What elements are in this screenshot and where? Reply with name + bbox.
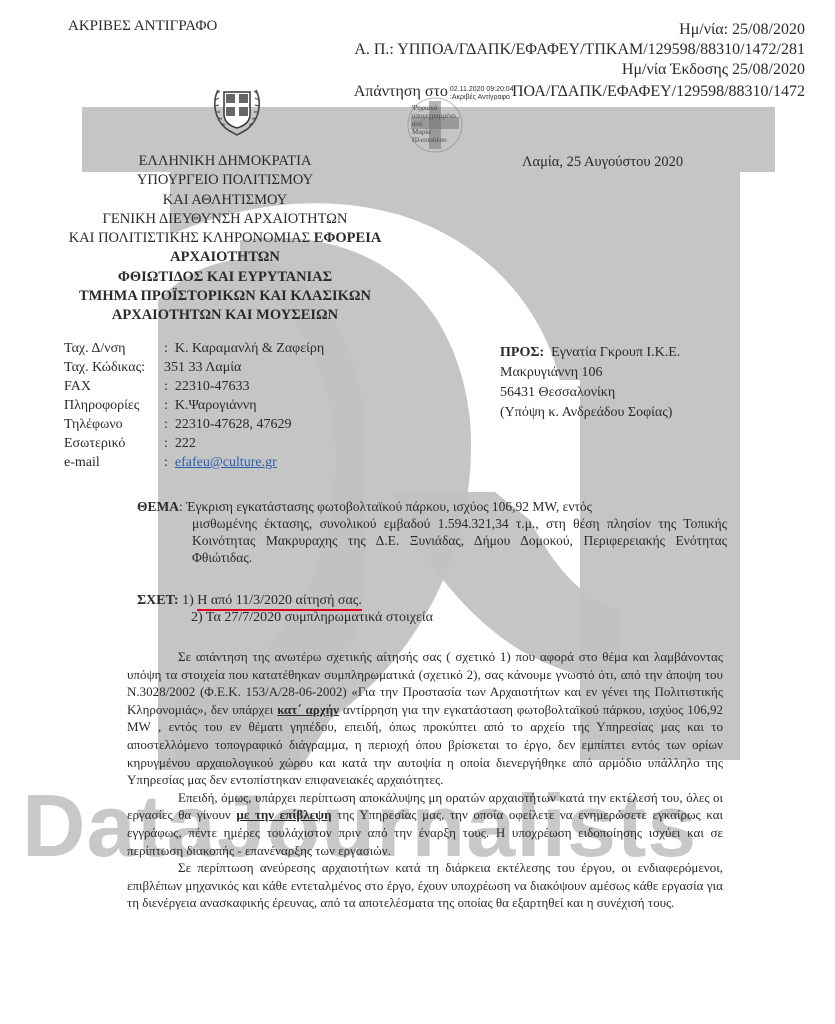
emphasis: κατ΄ αρχήν	[277, 702, 339, 717]
signature-stamp-text: Ψηφιακά υπογεγραμμένο από Μαρία Ηλιοπούλ…	[412, 104, 456, 144]
contact-row: e-mail: efafeu@culture.gr	[64, 453, 324, 472]
recipient-street: Μακρυγιάννη 106	[500, 363, 680, 383]
certified-copy-label: ΑΚΡΙΒΕΣ ΑΝΤΙΓΡΑΦΟ	[68, 18, 217, 35]
contact-value: 351 33 Λαμία	[164, 358, 324, 377]
subject-block: ΘΕΜΑ: Έγκριση εγκατάστασης φωτοβολταϊκού…	[137, 498, 727, 566]
signature-timestamp: 02.11.2020 09:20:04	[450, 86, 514, 93]
subject-label: ΘΕΜΑ	[137, 499, 179, 514]
contact-row: Εσωτερικό: 222	[64, 434, 324, 453]
subject-first-line: ΘΕΜΑ: Έγκριση εγκατάστασης φωτοβολταϊκού…	[137, 498, 727, 515]
body-paragraph: Σε περίπτωση ανεύρεσης αρχαιοτήτων κατά …	[127, 859, 723, 912]
contact-row: FAX: 22310-47633	[64, 377, 324, 396]
related-label: ΣΧΕΤ:	[137, 593, 179, 608]
contact-row: Πληροφορίες: Κ.Ψαρογιάννη	[64, 396, 324, 415]
related-item: ΣΧΕΤ: 1) Η από 11/3/2020 αίτησή σας.	[137, 592, 433, 609]
letter-body: Σε απάντηση της ανωτέρω σχετικής αίτησής…	[127, 648, 723, 912]
place-date: Λαμία, 25 Αυγούστου 2020	[522, 154, 683, 171]
authority-line: ΥΠΟΥΡΓΕΙΟ ΠΟΛΙΤΙΣΜΟΥ	[60, 171, 390, 190]
authority-line: ΑΡΧΑΙΟΤΗΤΩΝ ΚΑΙ ΜΟΥΣΕΙΩΝ	[60, 306, 390, 325]
greek-emblem-icon	[210, 78, 264, 138]
recipient-attention: (Υπόψη κ. Ανδρεάδου Σοφίας)	[500, 403, 680, 423]
recipient-block: ΠΡΟΣ: Εγνατία Γκρουπ Ι.Κ.Ε. Μακρυγιάννη …	[500, 343, 680, 423]
contact-value: : 222	[164, 434, 324, 453]
contact-label: Ταχ. Δ/νση	[64, 339, 164, 358]
body-paragraph: Επειδή, όμως, υπάρχει περίπτωση αποκάλυψ…	[127, 789, 723, 859]
emphasis: με την επίβλεψη	[236, 807, 331, 822]
contact-details: Ταχ. Δ/νση: Κ. Καραμανλή & ΖαφείρηΤαχ. Κ…	[64, 339, 324, 472]
contact-label: Τηλέφωνο	[64, 415, 164, 434]
reply-reference-number: ΠΟΑ/ΓΔΑΠΚ/ΕΦΑΦΕΥ/129598/88310/1472	[512, 83, 805, 101]
recipient-name: Εγνατία Γκρουπ Ι.Κ.Ε.	[551, 345, 680, 360]
body-paragraph: Σε απάντηση της ανωτέρω σχετικής αίτησής…	[127, 648, 723, 789]
authority-line: ΑΡΧΑΙΟΤΗΤΩΝ	[60, 248, 390, 267]
contact-label: Ταχ. Κώδικας:	[64, 358, 164, 377]
subject-text: μισθωμένης έκτασης, συνολικού εμβαδού 1.…	[137, 515, 727, 566]
contact-label: Εσωτερικό	[64, 434, 164, 453]
contact-value: : 22310-47628, 47629	[164, 415, 324, 434]
authority-line: ΤΜΗΜΑ ΠΡΟΪΣΤΟΡΙΚΩΝ ΚΑΙ ΚΛΑΣΙΚΩΝ	[60, 287, 390, 306]
authority-line: ΚΑΙ ΑΘΛΗΤΙΣΜΟΥ	[60, 191, 390, 210]
contact-label: e-mail	[64, 453, 164, 472]
authority-line: ΓΕΝΙΚΗ ΔΙΕΥΘΥΝΣΗ ΑΡΧΑΙΟΤΗΤΩΝ	[60, 210, 390, 229]
protocol-number: Α. Π.: ΥΠΠΟΑ/ΓΔΑΠΚ/ΕΦΑΦΕΥ/ΤΠΚΑΜ/129598/8…	[354, 40, 805, 60]
email-link[interactable]: efafeu@culture.gr	[175, 455, 277, 470]
related-documents: ΣΧΕΤ: 1) Η από 11/3/2020 αίτησή σας. 2) …	[137, 592, 433, 626]
contact-value: : Κ.Ψαρογιάννη	[164, 396, 324, 415]
contact-row: Τηλέφωνο: 22310-47628, 47629	[64, 415, 324, 434]
issuing-authority: ΕΛΛΗΝΙΚΗ ΔΗΜΟΚΡΑΤΙΑ ΥΠΟΥΡΓΕΙΟ ΠΟΛΙΤΙΣΜΟΥ…	[60, 152, 390, 326]
recipient-label: ΠΡΟΣ:	[500, 345, 544, 360]
contact-value: : efafeu@culture.gr	[164, 453, 324, 472]
contact-value: : Κ. Καραμανλή & Ζαφείρη	[164, 339, 324, 358]
recipient-name-line: ΠΡΟΣ: Εγνατία Γκρουπ Ι.Κ.Ε.	[500, 343, 680, 363]
contact-value: : 22310-47633	[164, 377, 324, 396]
contact-label: FAX	[64, 377, 164, 396]
authority-line: ΚΑΙ ΠΟΛΙΤΙΣΤΙΚΗΣ ΚΛΗΡΟΝΟΜΙΑΣ ΕΦΟΡΕΙΑ	[60, 229, 390, 248]
authority-line: ΕΛΛΗΝΙΚΗ ΔΗΜΟΚΡΑΤΙΑ	[60, 152, 390, 171]
contact-row: Ταχ. Δ/νση: Κ. Καραμανλή & Ζαφείρη	[64, 339, 324, 358]
document-date: Ημ/νία: 25/08/2020	[354, 20, 805, 40]
issue-date: Ημ/νία Έκδοσης 25/08/2020	[354, 60, 805, 80]
document-meta: Ημ/νία: 25/08/2020 Α. Π.: ΥΠΠΟΑ/ΓΔΑΠΚ/ΕΦ…	[354, 20, 805, 80]
authority-line: ΦΘΙΩΤΙΔΟΣ ΚΑΙ ΕΥΡΥΤΑΝΙΑΣ	[60, 268, 390, 287]
related-item: 2) Τα 27/7/2020 συμπληρωματικά στοιχεία	[137, 609, 433, 626]
contact-label: Πληροφορίες	[64, 396, 164, 415]
contact-row: Ταχ. Κώδικας:351 33 Λαμία	[64, 358, 324, 377]
recipient-city: 56431 Θεσσαλονίκη	[500, 383, 680, 403]
